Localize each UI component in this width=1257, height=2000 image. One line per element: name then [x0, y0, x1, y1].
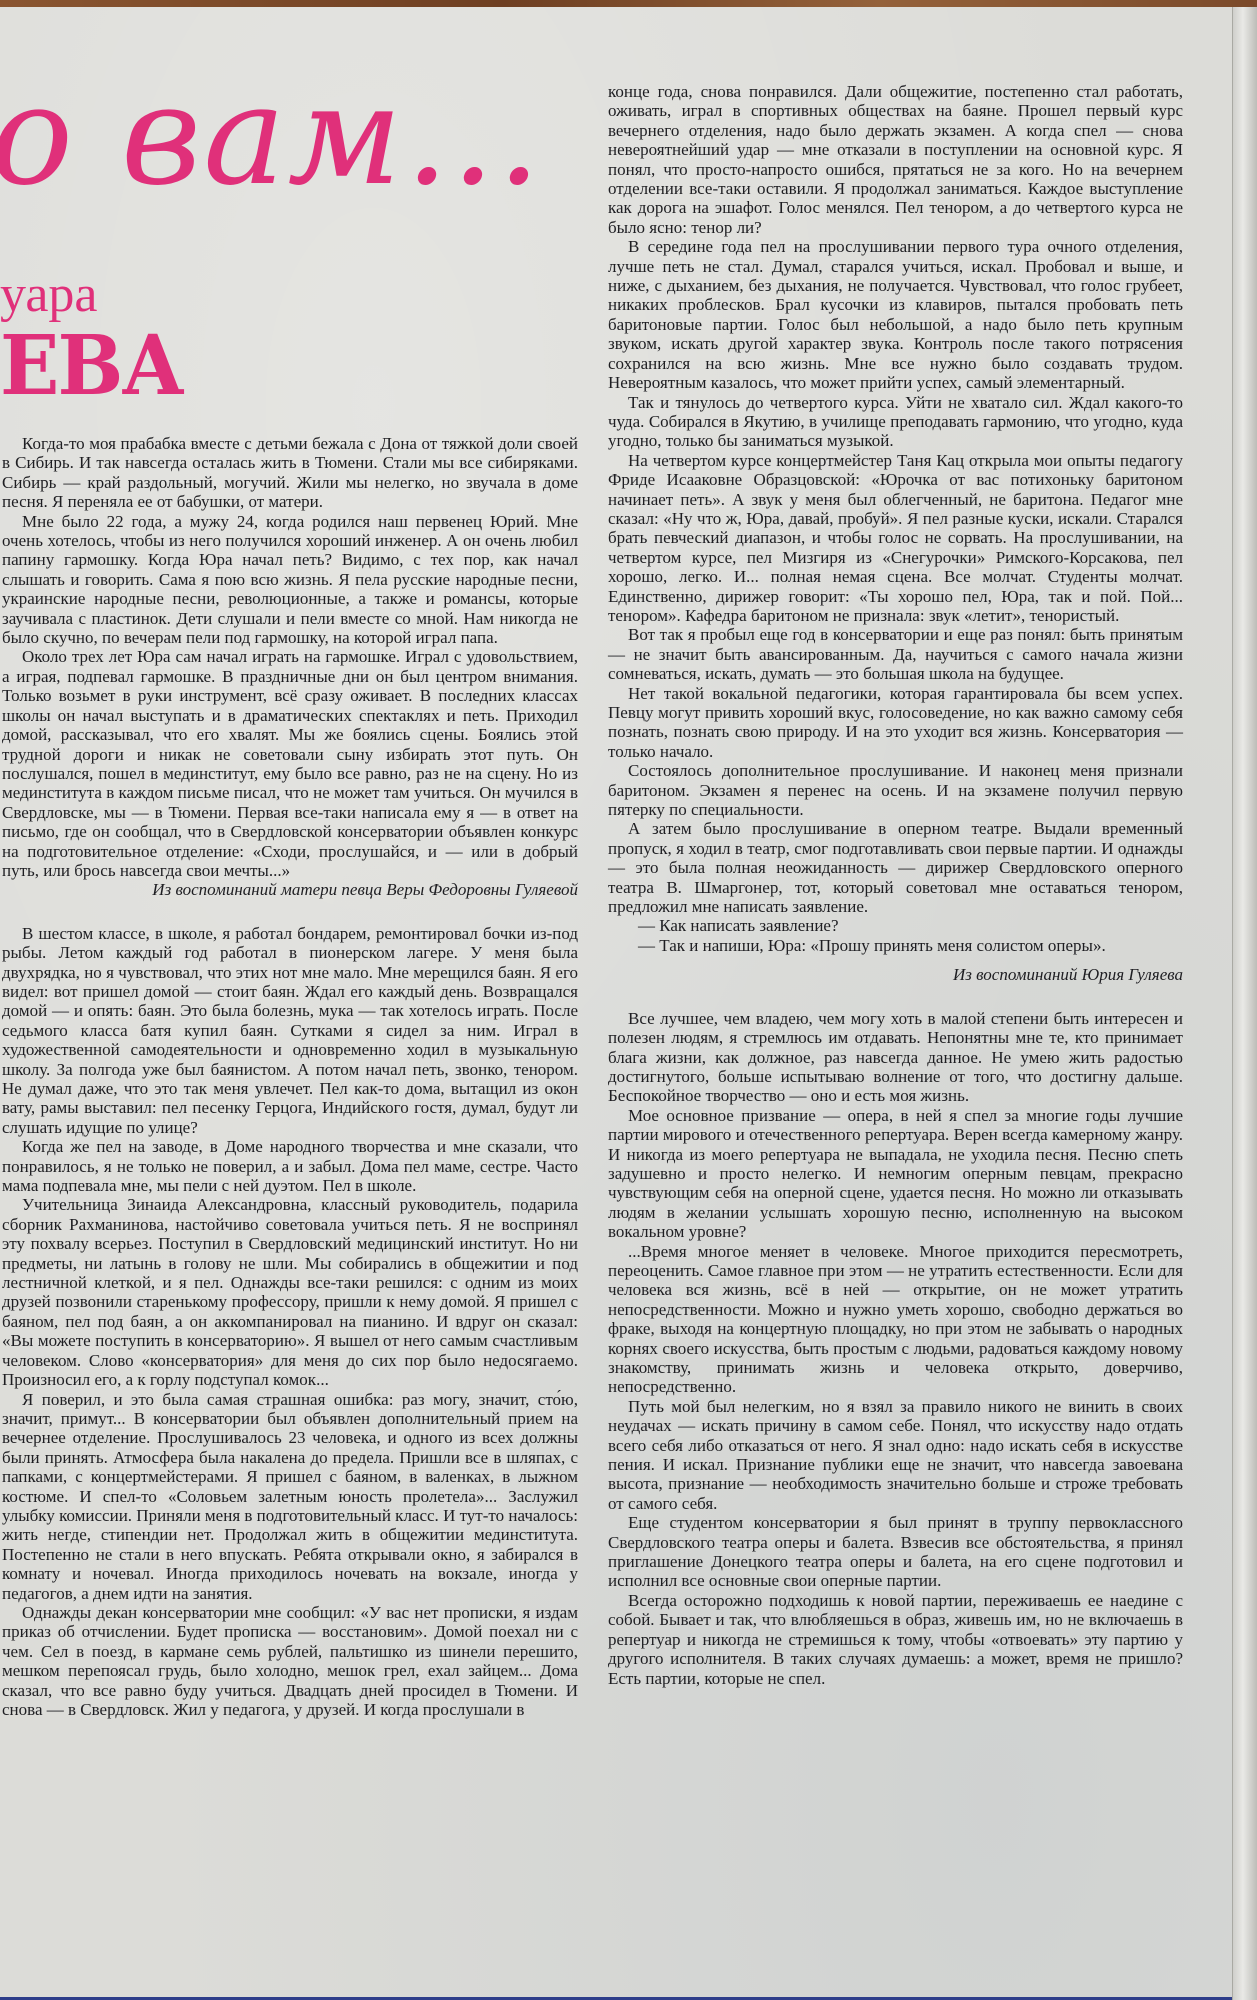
paragraph: В середине года пел на прослушивании пер…	[608, 237, 1183, 392]
section-spacer	[608, 985, 1183, 1009]
paragraph: Состоялось дополнительное прослушивание.…	[608, 761, 1183, 819]
dialog-line: — Как написать заявление?	[608, 916, 1183, 935]
paragraph: Когда-то моя прабабка вместе с детьми бе…	[2, 434, 578, 512]
headline-script: о вам…	[0, 67, 544, 205]
paragraph: Мое основное призвание — опера, в ней я …	[608, 1106, 1183, 1242]
attribution-yuri: Из воспоминаний Юрия Гуляева	[608, 965, 1183, 984]
paragraph: Когда же пел на заводе, в Доме народного…	[2, 1137, 578, 1195]
paragraph: Учительница Зинаида Александровна, класс…	[2, 1195, 578, 1389]
paragraph: На четвертом курсе концертмейстер Таня К…	[608, 451, 1183, 626]
section-spacer	[608, 955, 1183, 965]
paragraph: Однажды декан консерватории мне сообщил:…	[2, 1603, 578, 1719]
attribution-mother: Из воспоминаний матери певца Веры Федоро…	[2, 880, 578, 899]
paragraph: Еще студентом консерватории я был принят…	[608, 1513, 1183, 1591]
headline-subtitle: уара	[0, 269, 97, 321]
paragraph-continuation: конце года, снова понравился. Дали общеж…	[608, 82, 1183, 237]
paragraph: В шестом классе, в школе, я работал бонд…	[2, 924, 578, 1137]
article-column-right: конце года, снова понравился. Дали общеж…	[608, 82, 1183, 1688]
paragraph: Нет такой вокальной педагогики, которая …	[608, 684, 1183, 762]
paragraph: А затем было прослушивание в оперном теа…	[608, 819, 1183, 916]
paragraph: Путь мой был нелегким, но я взял за прав…	[608, 1397, 1183, 1513]
paragraph: ...Время многое меняет в человеке. Много…	[608, 1242, 1183, 1397]
page-fold-edge	[1232, 7, 1257, 2000]
headline-name: ЕВА	[0, 325, 183, 407]
paragraph: Так и тянулось до четвертого курса. Уйти…	[608, 393, 1183, 451]
paragraph: Всегда осторожно подходишь к новой парти…	[608, 1591, 1183, 1688]
section-spacer	[2, 900, 578, 924]
paragraph: Мне было 22 года, а мужу 24, когда родил…	[2, 512, 578, 648]
magazine-page: о вам… уара ЕВА Когда-то моя прабабка вм…	[0, 7, 1245, 2000]
article-column-left: Когда-то моя прабабка вместе с детьми бе…	[2, 434, 578, 1719]
paragraph: Около трех лет Юра сам начал играть на г…	[2, 647, 578, 880]
paragraph: Вот так я пробыл еще год в консерватории…	[608, 625, 1183, 683]
dialog-line: — Так и напиши, Юра: «Прошу принять меня…	[608, 936, 1183, 955]
paragraph: Я поверил, и это была самая страшная оши…	[2, 1390, 578, 1603]
paragraph: Все лучшее, чем владею, чем могу хоть в …	[608, 1009, 1183, 1106]
